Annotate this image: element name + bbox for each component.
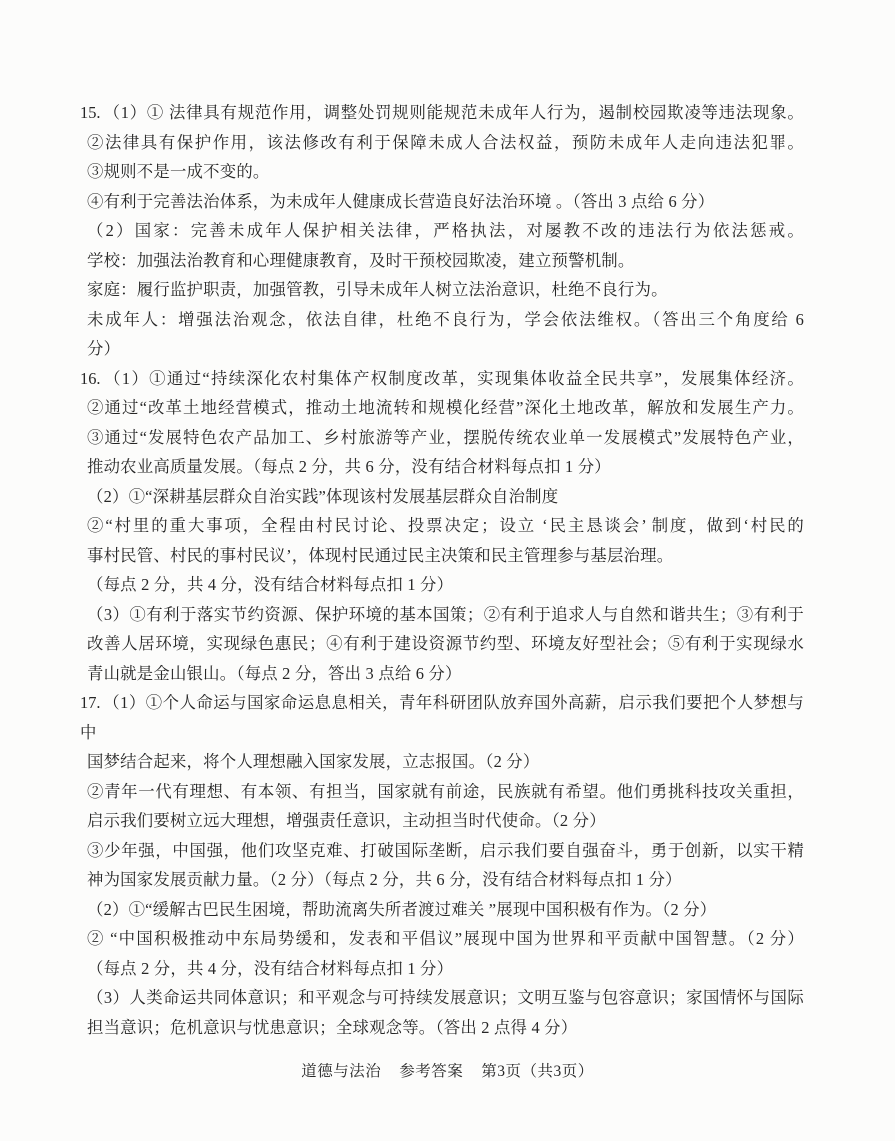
footer-subject: 道德与法治 [301, 1063, 381, 1080]
answer-text: 担当意识；危机意识与忧患意识；全球观念等。（答出 2 点得 4 分） [87, 1018, 577, 1037]
answer-text: 事村民管、村民的事村民议’，体现村民通过民主决策和民主管理参与基层治理。 [87, 546, 673, 565]
answer-text: ②青年一代有理想、有本领、有担当，国家就有前途，民族就有希望。他们勇挑科技攻关重… [87, 782, 804, 801]
answer-line: 学校：加强法治教育和心理健康教育，及时干预校园欺凌，建立预警机制。 [80, 246, 804, 276]
answer-lines: 15.（1）① 法律具有规范作用，调整处罚规则能规范未成年人行为，遏制校园欺凌等… [80, 98, 804, 1042]
answer-text: 学校：加强法治教育和心理健康教育，及时干预校园欺凌，建立预警机制。 [87, 251, 635, 270]
answer-line: 17.（1）①个人命运与国家命运息息相关，青年科研团队放弃国外高薪，启示我们要把… [80, 688, 804, 747]
question-number: 16. [80, 364, 103, 394]
answer-text: 推动农业高质量发展。（每点 2 分，共 6 分，没有结合材料每点扣 1 分） [87, 457, 611, 476]
answer-line: 家庭：履行监护职责，加强管教，引导未成年人树立法治意识，杜绝不良行为。 [80, 275, 804, 305]
answer-text: （每点 2 分，共 4 分，没有结合材料每点扣 1 分） [87, 959, 453, 978]
answer-text: 改善人居环境，实现绿色惠民；④有利于建设资源节约型、环境友好型社会；⑤有利于实现… [87, 634, 804, 653]
answer-line: 推动农业高质量发展。（每点 2 分，共 6 分，没有结合材料每点扣 1 分） [80, 452, 804, 482]
answer-line: 16.（1）①通过“持续深化农村集体产权制度改革，实现集体收益全民共享”，发展集… [80, 364, 804, 394]
answer-text: （3）人类命运共同体意识；和平观念与可持续发展意识；文明互鉴与包容意识；家国情怀… [87, 988, 804, 1007]
answer-text: （3）①有利于落实节约资源、保护环境的基本国策；②有利于追求人与自然和谐共生；③… [87, 605, 804, 624]
answer-line: （每点 2 分，共 4 分，没有结合材料每点扣 1 分） [80, 954, 804, 984]
answer-text: 神为国家发展贡献力量。（2 分）（每点 2 分，共 6 分，没有结合材料每点扣 … [87, 870, 682, 889]
answer-text: （2）①“深耕基层群众自治实践”体现该村发展基层群众自治制度 [87, 487, 558, 506]
answer-text: 启示我们要树立远大理想，增强责任意识，主动担当时代使命。（2 分） [87, 811, 606, 830]
answer-line: （2）①“缓解古巴民生困境，帮助流离失所者渡过难关 ”展现中国积极有作为。（2 … [80, 895, 804, 925]
answer-text: ③少年强，中国强，他们攻坚克难、打破国际垄断，启示我们要自强奋斗，勇于创新，以实… [87, 841, 804, 860]
scanned-answer-page: 15.（1）① 法律具有规范作用，调整处罚规则能规范未成年人行为，遏制校园欺凌等… [0, 0, 895, 1141]
answer-text: （每点 2 分，共 4 分，没有结合材料每点扣 1 分） [87, 575, 453, 594]
answer-text: （2）国家：完善未成年人保护相关法律，严格执法，对屡教不改的违法行为依法惩戒。 [87, 221, 804, 240]
answer-text: ②通过“改革土地经营模式，推动土地流转和规模化经营”深化土地改革，解放和发展生产… [87, 398, 804, 417]
answer-line: 改善人居环境，实现绿色惠民；④有利于建设资源节约型、环境友好型社会；⑤有利于实现… [80, 629, 804, 659]
answer-line: 国梦结合起来，将个人理想融入国家发展，立志报国。（2 分） [80, 747, 804, 777]
answer-line: ②“村里的重大事项，全程由村民讨论、投票决定；设立 ‘民主恳谈会’ 制度，做到‘… [80, 511, 804, 541]
answer-text: ② “中国积极推动中东局势缓和，发表和平倡议”展现中国为世界和平贡献中国智慧。（… [87, 929, 804, 948]
answer-line: （2）①“深耕基层群众自治实践”体现该村发展基层群众自治制度 [80, 482, 804, 512]
answer-line: （每点 2 分，共 4 分，没有结合材料每点扣 1 分） [80, 570, 804, 600]
page-footer: 道德与法治参考答案第3页（共3页） [0, 1061, 895, 1083]
answer-line: 神为国家发展贡献力量。（2 分）（每点 2 分，共 6 分，没有结合材料每点扣 … [80, 865, 804, 895]
answer-line: ②通过“改革土地经营模式，推动土地流转和规模化经营”深化土地改革，解放和发展生产… [80, 393, 804, 423]
answer-line: 15.（1）① 法律具有规范作用，调整处罚规则能规范未成年人行为，遏制校园欺凌等… [80, 98, 804, 128]
answer-text: （1）①通过“持续深化农村集体产权制度改革，实现集体收益全民共享”，发展集体经济… [103, 369, 804, 388]
answer-text: 未成年人：增强法治观念，依法自律，杜绝不良行为，学会依法维权。（答出三个角度给 … [87, 310, 804, 329]
answer-line: ② “中国积极推动中东局势缓和，发表和平倡议”展现中国为世界和平贡献中国智慧。（… [80, 924, 804, 954]
answer-line: （3）人类命运共同体意识；和平观念与可持续发展意识；文明互鉴与包容意识；家国情怀… [80, 983, 804, 1013]
answer-text: ②法律具有保护作用，该法修改有利于保障未成人合法权益，预防未成年人走向违法犯罪。 [87, 133, 804, 152]
answer-text: 国梦结合起来，将个人理想融入国家发展，立志报国。（2 分） [87, 752, 539, 771]
question-number: 15. [80, 98, 103, 128]
question-number: 17. [80, 688, 103, 718]
answer-text: ③规则不是一成不变的。 [87, 162, 270, 181]
answer-line: 担当意识；危机意识与忧患意识；全球观念等。（答出 2 点得 4 分） [80, 1013, 804, 1043]
answer-line: （2）国家：完善未成年人保护相关法律，严格执法，对屡教不改的违法行为依法惩戒。 [80, 216, 804, 246]
answer-line: ②青年一代有理想、有本领、有担当，国家就有前途，民族就有希望。他们勇挑科技攻关重… [80, 777, 804, 807]
answer-line: 分） [80, 334, 804, 364]
answers-document: 15.（1）① 法律具有规范作用，调整处罚规则能规范未成年人行为，遏制校园欺凌等… [80, 98, 804, 1042]
answer-line: 事村民管、村民的事村民议’，体现村民通过民主决策和民主管理参与基层治理。 [80, 541, 804, 571]
answer-line: ④有利于完善法治体系，为未成年人健康成长营造良好法治环境 。（答出 3 点给 6… [80, 187, 804, 217]
footer-label: 参考答案 [399, 1063, 463, 1080]
answer-text: （1）①个人命运与国家命运息息相关，青年科研团队放弃国外高薪，启示我们要把个人梦… [80, 693, 804, 742]
answer-text: （2）①“缓解古巴民生困境，帮助流离失所者渡过难关 ”展现中国积极有作为。（2 … [87, 900, 716, 919]
answer-line: ③通过“发展特色农产品加工、乡村旅游等产业，摆脱传统农业单一发展模式”发展特色产… [80, 423, 804, 453]
answer-text: 分） [87, 339, 120, 358]
answer-line: 未成年人：增强法治观念，依法自律，杜绝不良行为，学会依法维权。（答出三个角度给 … [80, 305, 804, 335]
answer-line: 启示我们要树立远大理想，增强责任意识，主动担当时代使命。（2 分） [80, 806, 804, 836]
answer-text: ②“村里的重大事项，全程由村民讨论、投票决定；设立 ‘民主恳谈会’ 制度，做到‘… [87, 516, 804, 535]
footer-page-number: 第3页（共3页） [481, 1063, 594, 1080]
answer-line: ③规则不是一成不变的。 [80, 157, 804, 187]
answer-line: ③少年强，中国强，他们攻坚克难、打破国际垄断，启示我们要自强奋斗，勇于创新，以实… [80, 836, 804, 866]
answer-line: ②法律具有保护作用，该法修改有利于保障未成人合法权益，预防未成年人走向违法犯罪。 [80, 128, 804, 158]
answer-text: ③通过“发展特色农产品加工、乡村旅游等产业，摆脱传统农业单一发展模式”发展特色产… [87, 428, 804, 447]
answer-text: ④有利于完善法治体系，为未成年人健康成长营造良好法治环境 。（答出 3 点给 6… [87, 192, 714, 211]
answer-text: 青山就是金山银山。（每点 2 分，答出 3 点给 6 分） [87, 664, 462, 683]
answer-text: 家庭：履行监护职责，加强管教，引导未成年人树立法治意识，杜绝不良行为。 [87, 280, 668, 299]
answer-text: （1）① 法律具有规范作用，调整处罚规则能规范未成年人行为，遏制校园欺凌等违法现… [103, 103, 804, 122]
answer-line: 青山就是金山银山。（每点 2 分，答出 3 点给 6 分） [80, 659, 804, 689]
answer-line: （3）①有利于落实节约资源、保护环境的基本国策；②有利于追求人与自然和谐共生；③… [80, 600, 804, 630]
